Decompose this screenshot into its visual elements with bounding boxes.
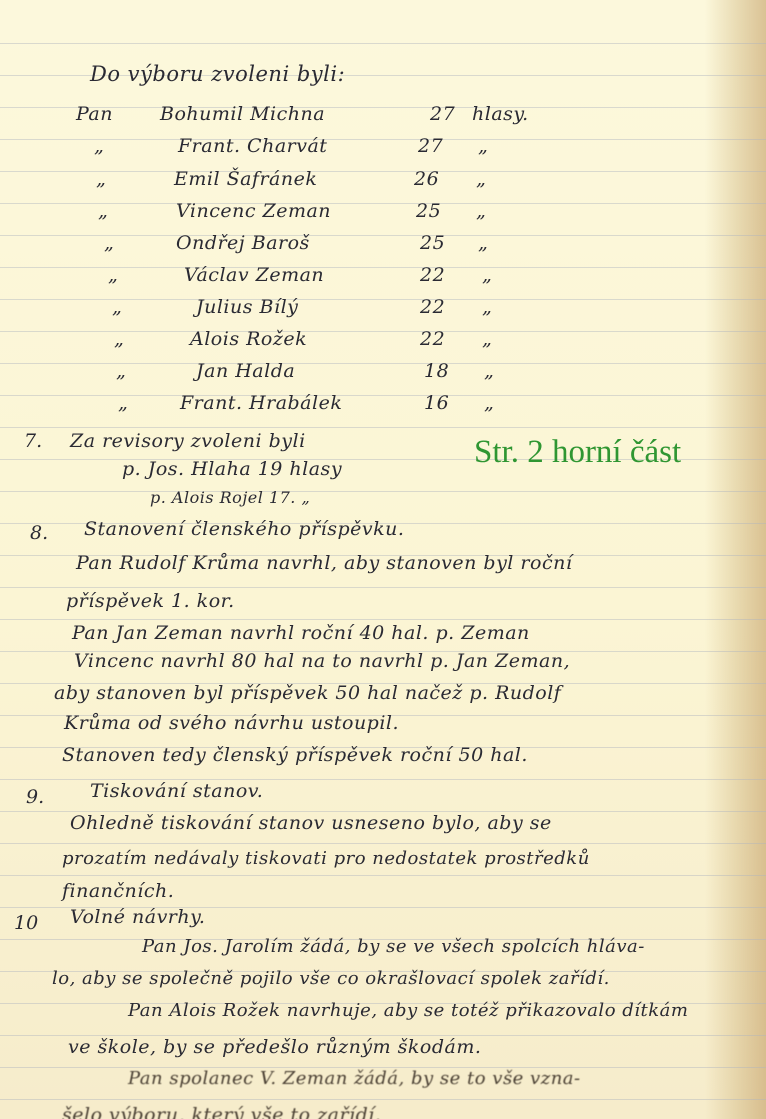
vote-count: 27 <box>418 135 443 157</box>
row-prefix: „ <box>118 392 128 414</box>
item-line: prozatím nedávaly tiskovati pro nedostat… <box>62 848 590 869</box>
vote-unit: „ <box>476 200 486 222</box>
vote-unit: „ <box>476 168 486 190</box>
member-name: Václav Zeman <box>184 264 324 286</box>
row-prefix: Pan <box>76 103 113 125</box>
item-line: Stanoven tedy členský příspěvek roční 50… <box>62 744 528 766</box>
item-line: finančních. <box>62 880 174 902</box>
member-name: Ondřej Baroš <box>176 232 310 254</box>
member-name: Frant. Hrabálek <box>180 392 342 414</box>
vote-unit: „ <box>482 264 492 286</box>
vote-count: 25 <box>416 200 441 222</box>
row-prefix: „ <box>108 264 118 286</box>
vote-count: 16 <box>424 392 449 414</box>
row-prefix: „ <box>112 296 122 318</box>
vote-unit: „ <box>478 232 488 254</box>
vote-count: 18 <box>424 360 449 382</box>
section-header: Do výboru zvoleni byli: <box>90 62 345 86</box>
item-line: Pan Rudolf Krůma navrhl, aby stanoven by… <box>76 552 572 574</box>
vote-count: 22 <box>420 328 445 350</box>
row-prefix: „ <box>98 200 108 222</box>
item-heading: Stanovení členského příspěvku. <box>84 518 404 540</box>
member-name: Emil Šafránek <box>174 168 317 190</box>
vote-count: 22 <box>420 296 445 318</box>
item-line: p. Jos. Hlaha 19 hlasy <box>122 458 342 480</box>
member-name: Frant. Charvát <box>178 135 327 157</box>
item-line: Vincenc navrhl 80 hal na to navrhl p. Ja… <box>74 650 570 672</box>
item-line: p. Alois Rojel 17. „ <box>150 488 310 507</box>
vote-unit: „ <box>478 135 488 157</box>
item-number: 9. <box>26 786 44 808</box>
item-line: šelo výboru, který vše to zařídí. <box>62 1104 381 1119</box>
vote-unit: „ <box>484 392 494 414</box>
item-heading: Tiskování stanov. <box>90 780 263 802</box>
member-name: Bohumil Michna <box>160 103 325 125</box>
item-number: 7. <box>24 430 42 452</box>
row-prefix: „ <box>94 135 104 157</box>
row-prefix: „ <box>116 360 126 382</box>
item-line: Ohledně tiskování stanov usneseno bylo, … <box>70 812 552 834</box>
item-line: Pan spolanec V. Zeman žádá, by se to vše… <box>128 1068 581 1089</box>
vote-unit: „ <box>484 360 494 382</box>
item-number: 8. <box>30 522 48 544</box>
member-name: Alois Rožek <box>190 328 307 350</box>
row-prefix: „ <box>96 168 106 190</box>
row-prefix: „ <box>114 328 124 350</box>
item-number: 10 <box>14 912 38 934</box>
item-line: lo, aby se společně pojilo vše co okrašl… <box>52 968 610 989</box>
row-prefix: „ <box>104 232 114 254</box>
member-name: Jan Halda <box>196 360 295 382</box>
item-line: Pan Alois Rožek navrhuje, aby se totéž p… <box>128 1000 688 1021</box>
item-line: Krůma od svého návrhu ustoupil. <box>64 712 399 734</box>
member-name: Vincenc Zeman <box>176 200 331 222</box>
vote-count: 26 <box>414 168 439 190</box>
vote-unit: „ <box>482 296 492 318</box>
vote-count: 22 <box>420 264 445 286</box>
item-line: Za revisory zvoleni byli <box>70 430 306 452</box>
page-section-label: Str. 2 horní část <box>474 434 681 471</box>
item-line: ve škole, by se předešlo různým škodám. <box>68 1036 481 1058</box>
member-name: Julius Bílý <box>196 296 298 318</box>
vote-count: 25 <box>420 232 445 254</box>
vote-unit: hlasy. <box>472 103 529 125</box>
item-line: Pan Jan Zeman navrhl roční 40 hal. p. Ze… <box>72 622 530 644</box>
item-line: příspěvek 1. kor. <box>66 590 235 612</box>
item-heading: Volné návrhy. <box>70 906 205 928</box>
item-line: aby stanoven byl příspěvek 50 hal načež … <box>54 682 561 704</box>
vote-count: 27 <box>430 103 455 125</box>
item-line: Pan Jos. Jarolím žádá, by se ve všech sp… <box>142 936 645 957</box>
vote-unit: „ <box>482 328 492 350</box>
